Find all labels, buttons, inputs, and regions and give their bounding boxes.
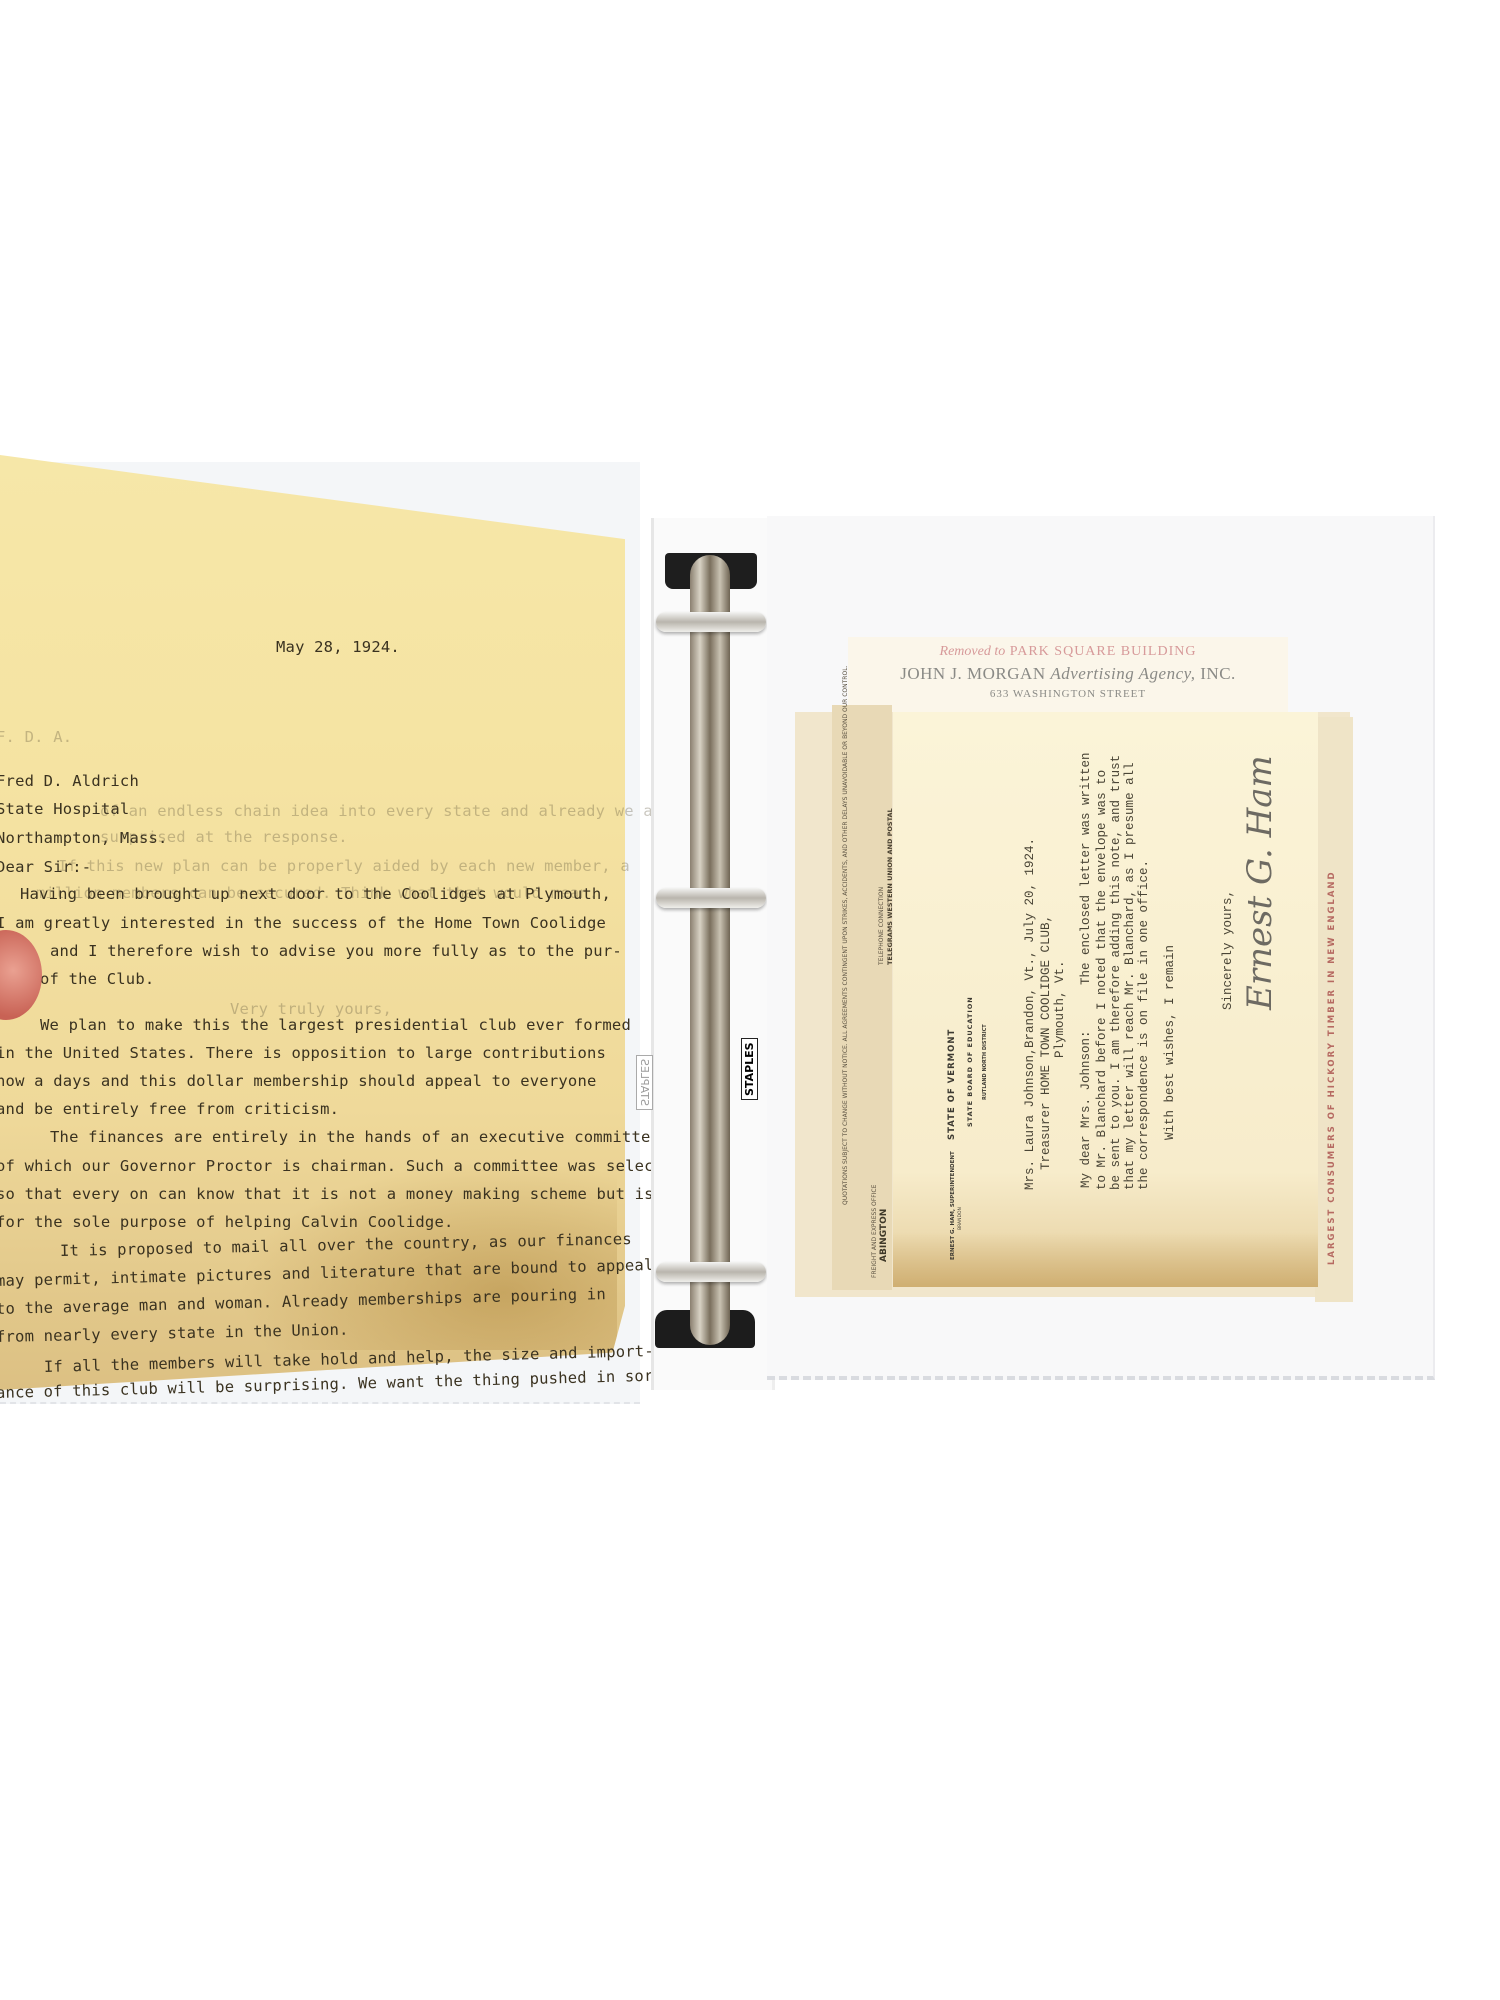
abington-town: ABINGTON bbox=[879, 1209, 889, 1262]
letter-line: We plan to make this the largest preside… bbox=[40, 1016, 631, 1034]
recipient-name: Fred D. Aldrich bbox=[0, 772, 139, 790]
abington-letterhead bbox=[832, 705, 892, 1290]
bleed-line: of an endless chain idea into every stat… bbox=[100, 802, 729, 820]
letter-line: Having been brought up next door to the … bbox=[20, 885, 611, 903]
morgan-name: JOHN J. MORGAN bbox=[900, 664, 1045, 683]
vermont-dateline: Brandon, Vt., July 20, 1924. bbox=[1022, 838, 1038, 1048]
park-square-text: PARK SQUARE BUILDING bbox=[1010, 644, 1197, 659]
hickory-tagline: LARGEST CONSUMERS OF HICKORY TIMBER IN N… bbox=[1327, 870, 1337, 1265]
vermont-title: STATE OF VERMONT bbox=[947, 1029, 957, 1140]
vermont-salutation: My dear Mrs. Johnson: bbox=[1078, 1030, 1094, 1188]
morgan-address: 633 WASHINGTON STREET bbox=[848, 688, 1288, 700]
ring-mechanism-rail bbox=[690, 555, 730, 1345]
bleed-line: If this new plan can be properly aided b… bbox=[58, 857, 630, 875]
letter-line: in the United States. There is oppositio… bbox=[0, 1044, 606, 1062]
letter-line: for the sole purpose of helping Calvin C… bbox=[0, 1213, 454, 1231]
letter-line: of which our Governor Proctor is chairma… bbox=[0, 1157, 682, 1175]
letter-line: and I therefore wish to advise you more … bbox=[50, 942, 622, 960]
staples-logo-ghost: STAPLES bbox=[636, 1055, 653, 1110]
letter-line: so that every on can know that it is not… bbox=[0, 1185, 654, 1203]
vermont-line: the correspondence is on file in one off… bbox=[1136, 860, 1152, 1190]
letter-salutation: Dear Sir:- bbox=[0, 858, 91, 876]
vermont-board: STATE BOARD OF EDUCATION bbox=[966, 996, 974, 1127]
letter-line: now a days and this dollar membership sh… bbox=[0, 1072, 597, 1090]
closing-wish: With best wishes, I remain bbox=[1162, 945, 1178, 1140]
morgan-line-1: Removed to PARK SQUARE BUILDING bbox=[848, 644, 1288, 660]
staples-logo: STAPLES bbox=[741, 1038, 758, 1100]
letter-line: I am greatly interested in the success o… bbox=[0, 914, 606, 932]
addressee-line: Mrs. Laura Johnson, bbox=[1022, 1047, 1038, 1190]
bleed-line: surprised at the response. bbox=[0, 828, 348, 846]
morgan-agency: Advertising Agency, bbox=[1050, 664, 1195, 683]
superintendent-line: ERNEST G. HAM, SUPERINTENDENT bbox=[950, 1151, 956, 1260]
freight-office: FREIGHT AND EXPRESS OFFICE bbox=[871, 1185, 878, 1278]
letter-line: The finances are entirely in the hands o… bbox=[50, 1128, 660, 1146]
morgan-line-2: JOHN J. MORGAN Advertising Agency, INC. bbox=[848, 664, 1288, 684]
vermont-line: The enclosed letter was written bbox=[1078, 752, 1094, 985]
letter-line: and be entirely free from criticism. bbox=[0, 1100, 339, 1118]
removed-to-text: Removed to bbox=[940, 644, 1006, 659]
superintendent-town: BRANDON bbox=[958, 1207, 963, 1230]
binder-ring-middle[interactable] bbox=[656, 888, 766, 908]
letter-line: of the Club. bbox=[40, 970, 154, 988]
letter-date: May 28, 1924. bbox=[276, 638, 400, 656]
morgan-inc: INC. bbox=[1200, 664, 1236, 683]
quotations-notice: QUOTATIONS SUBJECT TO CHANGE WITHOUT NOT… bbox=[842, 666, 849, 1205]
closing: Sincerely yours, bbox=[1220, 890, 1236, 1010]
addressee-line: Plymouth, Vt. bbox=[1052, 960, 1068, 1058]
binder-ring-bottom[interactable] bbox=[656, 1262, 766, 1282]
water-stain bbox=[893, 1232, 1318, 1287]
vermont-district: RUTLAND NORTH DISTRICT bbox=[982, 1024, 988, 1100]
letter-initials: F. D. A. bbox=[0, 728, 72, 746]
binder-ring-top[interactable] bbox=[656, 612, 766, 632]
signature: Ernest G. Ham bbox=[1240, 755, 1280, 1010]
telephone-connection: TELEPHONE CONNECTION bbox=[878, 887, 885, 965]
